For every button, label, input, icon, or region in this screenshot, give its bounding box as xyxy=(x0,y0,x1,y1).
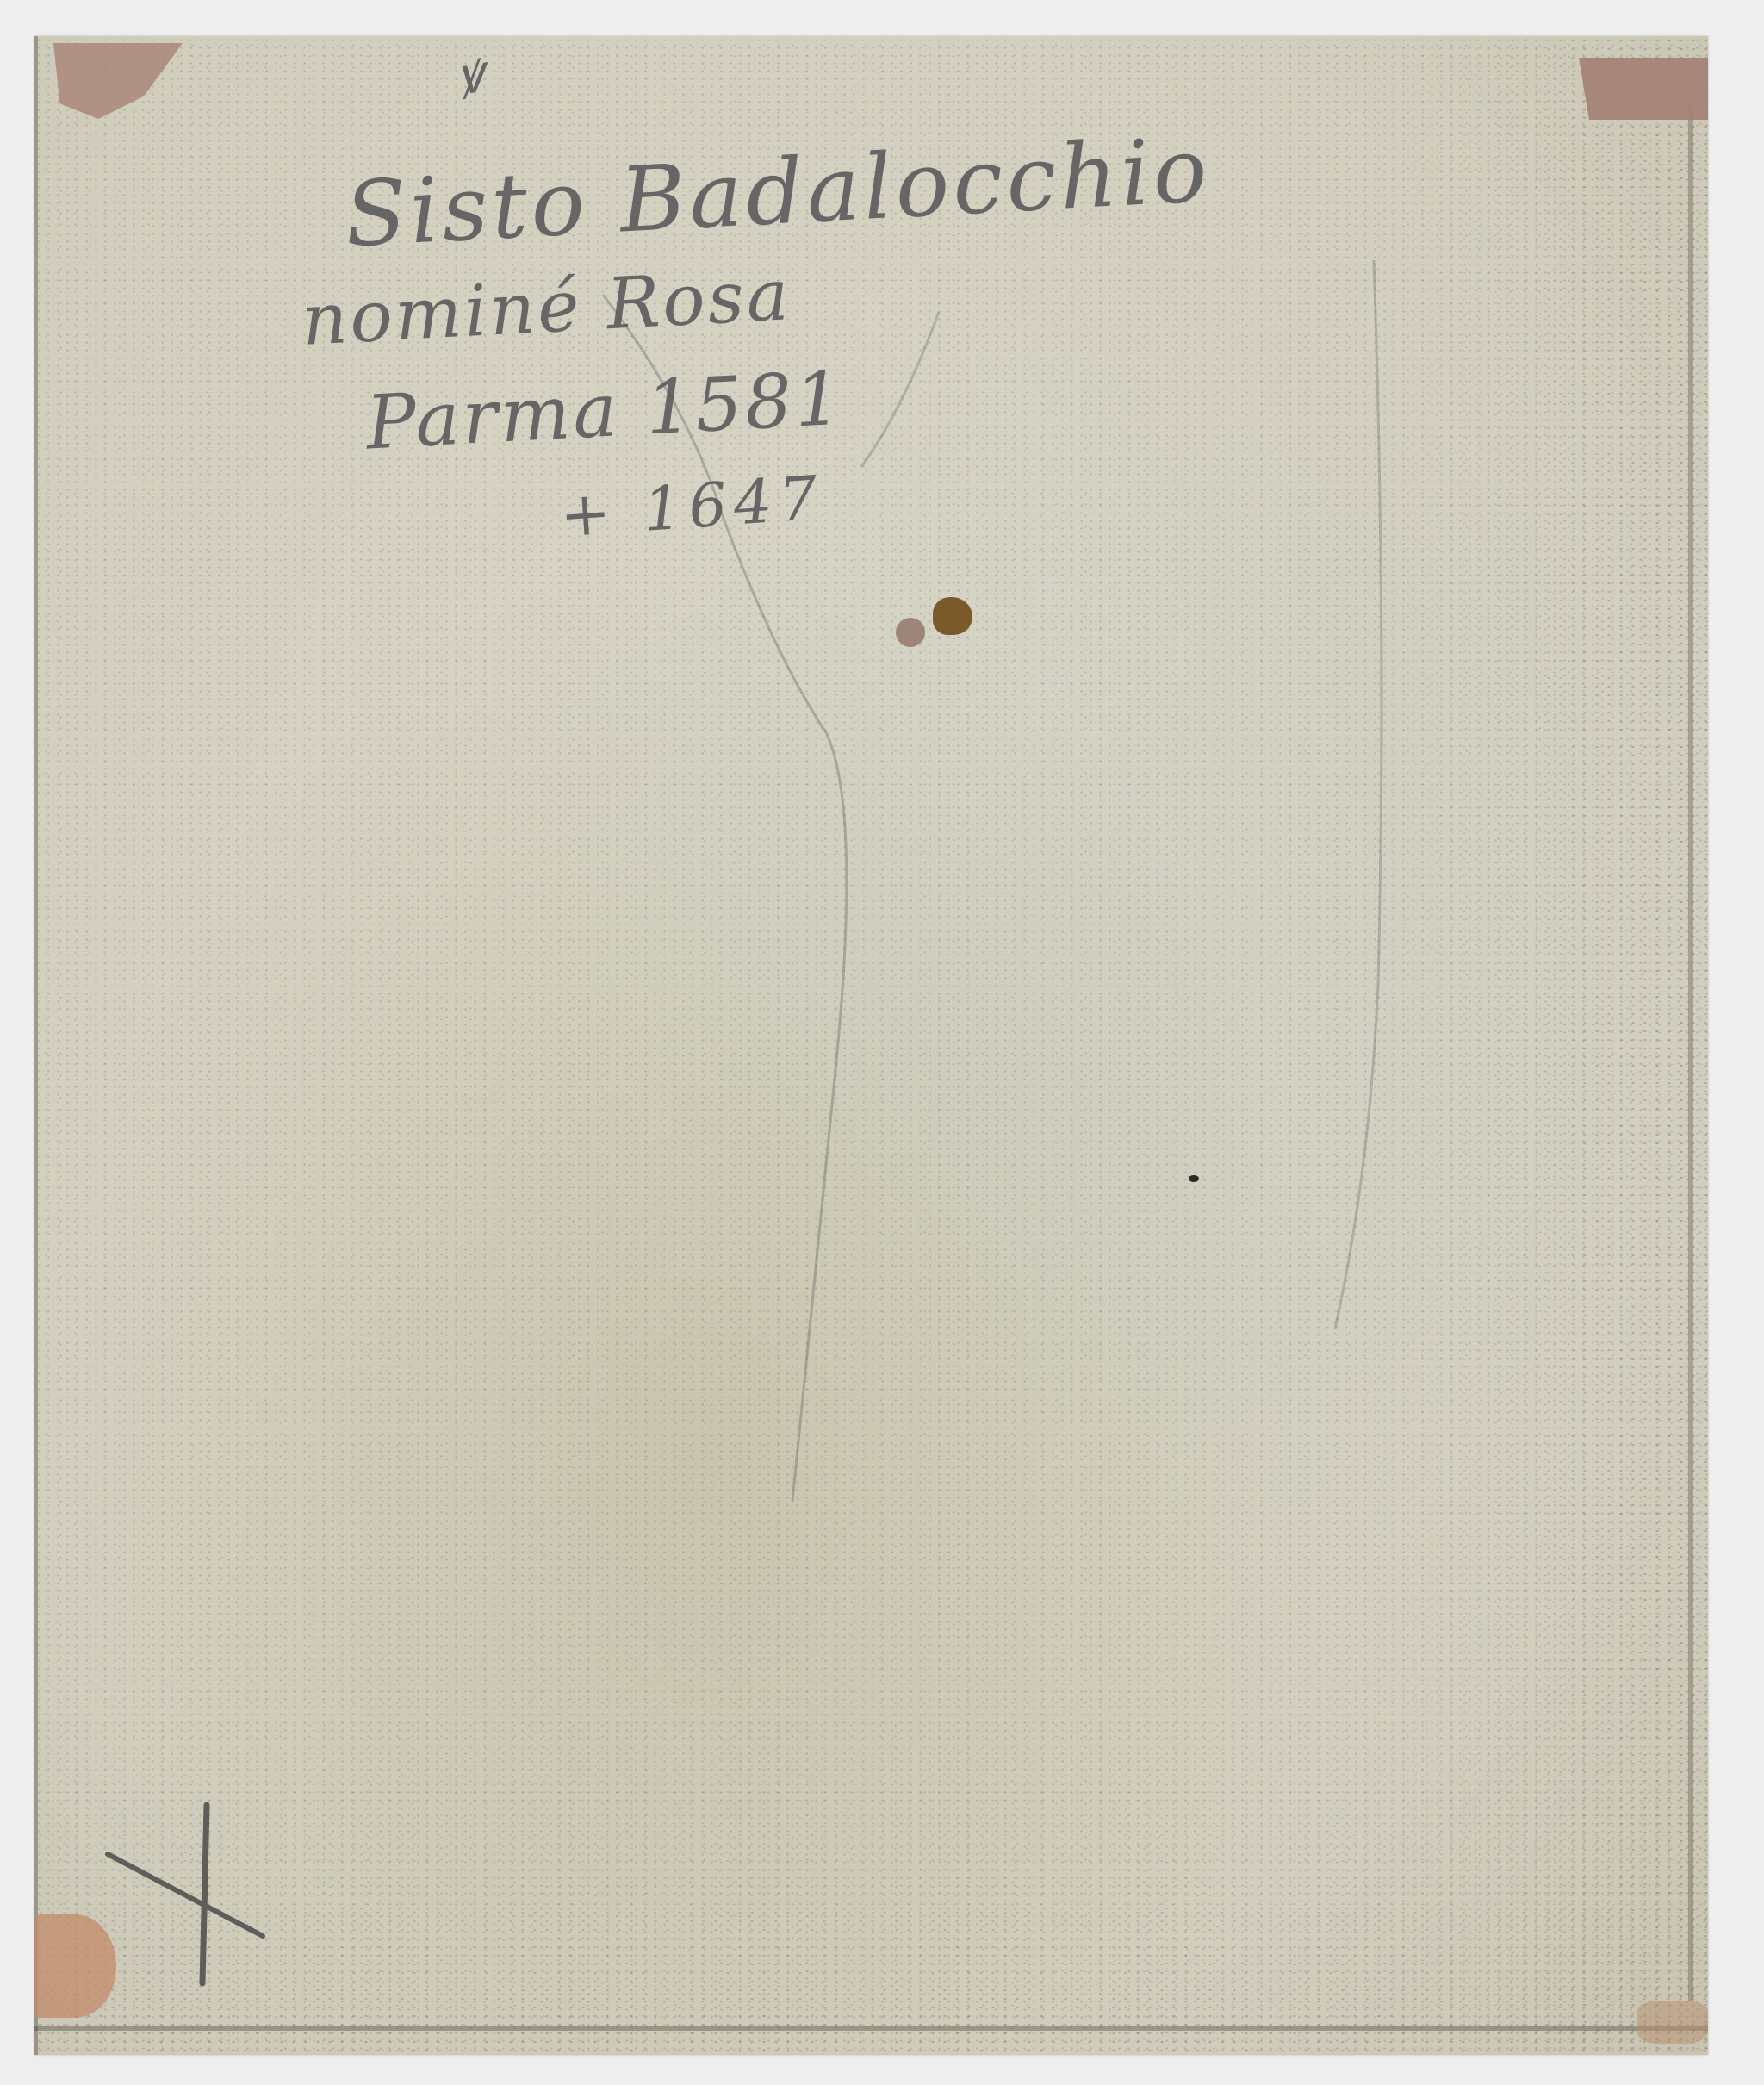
foxing-stain-light xyxy=(896,618,925,647)
pencil-cross-mark-icon xyxy=(99,1798,289,2005)
tape-remnant-top-right xyxy=(1579,58,1708,120)
paper-sheet: ꝟ Sisto Badalocchio nominé Rosa Parma 15… xyxy=(34,36,1708,2055)
foxing-stain-dark xyxy=(933,597,972,635)
stain-bottom-right xyxy=(1637,2001,1708,2044)
ink-dot xyxy=(1189,1175,1199,1182)
faint-pencil-contours xyxy=(34,36,1708,2055)
